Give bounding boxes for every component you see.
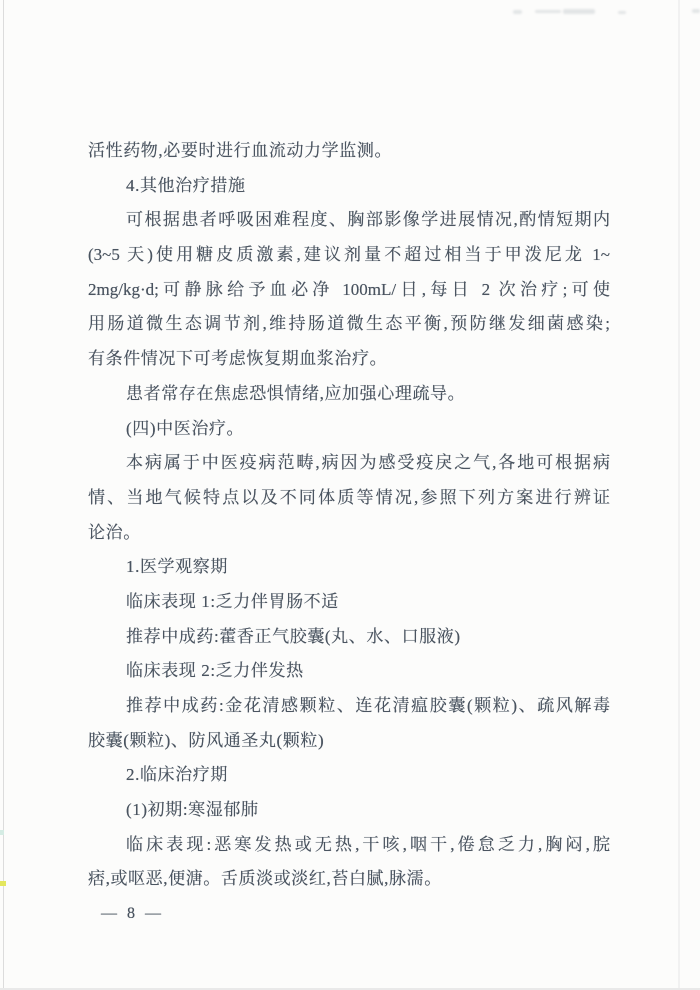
text-line: 论治。 (88, 516, 610, 551)
text-line: 本病属于中医疫病范畴,病因为感受疫戾之气,各地可根据病 (88, 446, 610, 481)
scan-artifact-smudge (618, 11, 626, 14)
scan-artifact-cyan-mark (0, 830, 4, 835)
text-line: 临床表现:恶寒发热或无热,干咳,咽干,倦怠乏力,胸闷,脘 (88, 828, 610, 863)
document-body: 活性药物,必要时进行血流动力学监测。4.其他治疗措施可根据患者呼吸困难程度、胸部… (88, 134, 610, 897)
text-line: 临床表现 2:乏力伴发热 (88, 654, 610, 689)
text-line: 临床表现 1:乏力伴胃肠不适 (88, 585, 610, 620)
scan-artifact-smudge (513, 10, 522, 14)
text-line: 患者常存在焦虑恐惧情绪,应加强心理疏导。 (88, 377, 610, 412)
text-line: 4.其他治疗措施 (88, 169, 610, 204)
text-line: 胶囊(颗粒)、防风通圣丸(颗粒) (88, 724, 610, 759)
text-line: 可根据患者呼吸困难程度、胸部影像学进展情况,酌情短期内 (88, 203, 610, 238)
text-line: 情、当地气候特点以及不同体质等情况,参照下列方案进行辨证 (88, 481, 610, 516)
text-line: (四)中医治疗。 (88, 412, 610, 447)
scan-artifact-smudge (692, 9, 700, 13)
page-number: — 8 — (101, 897, 164, 932)
scan-artifact-yellow-mark (0, 881, 6, 886)
scan-artifact-smudge (535, 10, 561, 13)
scan-artifact-smudge (563, 9, 595, 14)
text-line: 推荐中成药:金花清感颗粒、连花清瘟胶囊(颗粒)、疏风解毒 (88, 689, 610, 724)
text-line: 推荐中成药:藿香正气胶囊(丸、水、口服液) (88, 620, 610, 655)
text-line: 2mg/kg·d;可静脉给予血必净 100mL/日,每日 2 次治疗;可使 (88, 273, 610, 308)
text-line: 2.临床治疗期 (88, 758, 610, 793)
text-line: (3~5 天)使用糖皮质激素,建议剂量不超过相当于甲泼尼龙 1~ (88, 238, 610, 273)
page-edge-left (3, 0, 4, 990)
text-line: (1)初期:寒湿郁肺 (88, 793, 610, 828)
text-line: 有条件情况下可考虑恢复期血浆治疗。 (88, 342, 610, 377)
text-line: 痞,或呕恶,便溏。舌质淡或淡红,苔白腻,脉濡。 (88, 862, 610, 897)
text-line: 活性药物,必要时进行血流动力学监测。 (88, 134, 610, 169)
page-edge-right (678, 0, 680, 990)
text-line: 1.医学观察期 (88, 550, 610, 585)
text-line: 用肠道微生态调节剂,维持肠道微生态平衡,预防继发细菌感染; (88, 307, 610, 342)
document-page: 活性药物,必要时进行血流动力学监测。4.其他治疗措施可根据患者呼吸困难程度、胸部… (0, 0, 700, 990)
